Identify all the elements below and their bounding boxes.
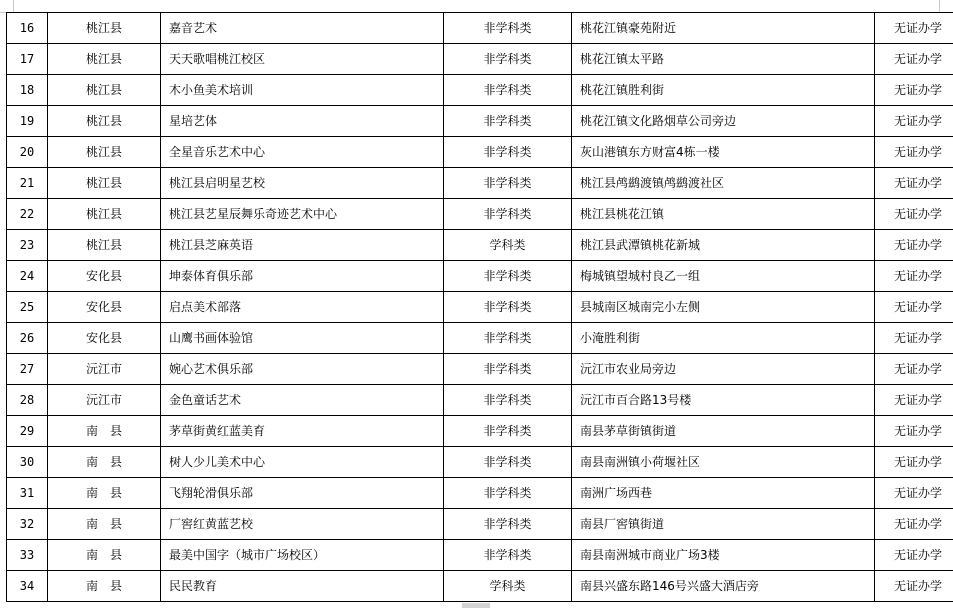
- category-cell: 非学科类: [444, 540, 572, 571]
- row-number-cell: 16: [7, 13, 48, 44]
- issue-status-cell: 无证办学: [875, 416, 953, 447]
- county-cell: 安化县: [48, 292, 161, 323]
- issue-status-cell: 无证办学: [875, 323, 953, 354]
- table-row: 20桃江县全星音乐艺术中心非学科类灰山港镇东方财富4栋一楼无证办学: [7, 137, 953, 168]
- issue-status-cell: 无证办学: [875, 230, 953, 261]
- institution-name-cell: 厂窖红黄蓝艺校: [161, 509, 444, 540]
- category-cell: 非学科类: [444, 168, 572, 199]
- county-cell: 桃江县: [48, 13, 161, 44]
- table-row: 21桃江县桃江县启明星艺校非学科类桃江县鸬鹚渡镇鸬鹚渡社区无证办学: [7, 168, 953, 199]
- county-cell: 南 县: [48, 509, 161, 540]
- institution-name-cell: 启点美术部落: [161, 292, 444, 323]
- row-number-cell: 25: [7, 292, 48, 323]
- address-cell: 沅江市百合路13号楼: [572, 385, 875, 416]
- table-row: 31南 县飞翔轮滑俱乐部非学科类南洲广场西巷无证办学: [7, 478, 953, 509]
- address-cell: 桃花江镇太平路: [572, 44, 875, 75]
- institution-name-cell: 民民教育: [161, 571, 444, 602]
- institution-name-cell: 树人少儿美术中心: [161, 447, 444, 478]
- category-cell: 非学科类: [444, 292, 572, 323]
- county-cell: 桃江县: [48, 106, 161, 137]
- row-number-cell: 24: [7, 261, 48, 292]
- table-row: 25安化县启点美术部落非学科类县城南区城南完小左侧无证办学: [7, 292, 953, 323]
- institution-name-cell: 星培艺体: [161, 106, 444, 137]
- table-row: 19桃江县星培艺体非学科类桃花江镇文化路烟草公司旁边无证办学: [7, 106, 953, 137]
- category-cell: 非学科类: [444, 354, 572, 385]
- institution-name-cell: 桃江县艺星辰舞乐奇迹艺术中心: [161, 199, 444, 230]
- county-cell: 桃江县: [48, 44, 161, 75]
- county-cell: 安化县: [48, 261, 161, 292]
- county-cell: 南 县: [48, 416, 161, 447]
- table-row: 34南 县民民教育学科类南县兴盛东路146号兴盛大酒店旁无证办学: [7, 571, 953, 602]
- table-row: 33南 县最美中国字（城市广场校区）非学科类南县南洲城市商业广场3楼无证办学: [7, 540, 953, 571]
- table-row: 16桃江县嘉音艺术非学科类桃花江镇豪苑附近无证办学: [7, 13, 953, 44]
- category-cell: 非学科类: [444, 416, 572, 447]
- address-cell: 南县厂窖镇街道: [572, 509, 875, 540]
- page-scroll-indicator[interactable]: [462, 603, 490, 608]
- county-cell: 桃江县: [48, 137, 161, 168]
- address-cell: 桃花江镇豪苑附近: [572, 13, 875, 44]
- address-cell: 桃江县鸬鹚渡镇鸬鹚渡社区: [572, 168, 875, 199]
- table-row: 18桃江县木小鱼美术培训非学科类桃花江镇胜利街无证办学: [7, 75, 953, 106]
- category-cell: 非学科类: [444, 261, 572, 292]
- table-row: 29南 县茅草街黄红蓝美育非学科类南县茅草街镇街道无证办学: [7, 416, 953, 447]
- issue-status-cell: 无证办学: [875, 292, 953, 323]
- issue-status-cell: 无证办学: [875, 137, 953, 168]
- category-cell: 学科类: [444, 230, 572, 261]
- county-cell: 南 县: [48, 478, 161, 509]
- row-number-cell: 28: [7, 385, 48, 416]
- row-number-cell: 27: [7, 354, 48, 385]
- issue-status-cell: 无证办学: [875, 168, 953, 199]
- address-cell: 南县南洲城市商业广场3楼: [572, 540, 875, 571]
- category-cell: 非学科类: [444, 106, 572, 137]
- institution-name-cell: 全星音乐艺术中心: [161, 137, 444, 168]
- row-number-cell: 17: [7, 44, 48, 75]
- address-cell: 桃花江镇胜利街: [572, 75, 875, 106]
- row-number-cell: 19: [7, 106, 48, 137]
- table-row: 22桃江县桃江县艺星辰舞乐奇迹艺术中心非学科类桃江县桃花江镇无证办学: [7, 199, 953, 230]
- institution-name-cell: 山鹰书画体验馆: [161, 323, 444, 354]
- table-row: 17桃江县天天歌唱桃江校区非学科类桃花江镇太平路无证办学: [7, 44, 953, 75]
- table-row: 26安化县山鹰书画体验馆非学科类小淹胜利街无证办学: [7, 323, 953, 354]
- table-row: 32南 县厂窖红黄蓝艺校非学科类南县厂窖镇街道无证办学: [7, 509, 953, 540]
- category-cell: 学科类: [444, 571, 572, 602]
- row-number-cell: 33: [7, 540, 48, 571]
- institution-name-cell: 茅草街黄红蓝美育: [161, 416, 444, 447]
- row-number-cell: 26: [7, 323, 48, 354]
- issue-status-cell: 无证办学: [875, 261, 953, 292]
- table-row: 24安化县坤泰体育俱乐部非学科类梅城镇望城村良乙一组无证办学: [7, 261, 953, 292]
- county-cell: 桃江县: [48, 168, 161, 199]
- row-number-cell: 34: [7, 571, 48, 602]
- unlicensed-institutions-table: 16桃江县嘉音艺术非学科类桃花江镇豪苑附近无证办学17桃江县天天歌唱桃江校区非学…: [6, 12, 953, 602]
- issue-status-cell: 无证办学: [875, 354, 953, 385]
- address-cell: 灰山港镇东方财富4栋一楼: [572, 137, 875, 168]
- county-cell: 安化县: [48, 323, 161, 354]
- county-cell: 南 县: [48, 571, 161, 602]
- county-cell: 南 县: [48, 540, 161, 571]
- issue-status-cell: 无证办学: [875, 478, 953, 509]
- category-cell: 非学科类: [444, 323, 572, 354]
- table-row: 23桃江县桃江县芝麻英语学科类桃江县武潭镇桃花新城无证办学: [7, 230, 953, 261]
- address-cell: 梅城镇望城村良乙一组: [572, 261, 875, 292]
- row-number-cell: 18: [7, 75, 48, 106]
- row-number-cell: 29: [7, 416, 48, 447]
- address-cell: 小淹胜利街: [572, 323, 875, 354]
- county-cell: 桃江县: [48, 230, 161, 261]
- issue-status-cell: 无证办学: [875, 106, 953, 137]
- table-row: 30南 县树人少儿美术中心非学科类南县南洲镇小荷堰社区无证办学: [7, 447, 953, 478]
- institution-name-cell: 飞翔轮滑俱乐部: [161, 478, 444, 509]
- row-number-cell: 22: [7, 199, 48, 230]
- category-cell: 非学科类: [444, 447, 572, 478]
- issue-status-cell: 无证办学: [875, 385, 953, 416]
- address-cell: 县城南区城南完小左侧: [572, 292, 875, 323]
- issue-status-cell: 无证办学: [875, 75, 953, 106]
- category-cell: 非学科类: [444, 509, 572, 540]
- county-cell: 桃江县: [48, 75, 161, 106]
- institution-name-cell: 桃江县启明星艺校: [161, 168, 444, 199]
- category-cell: 非学科类: [444, 385, 572, 416]
- table-row: 27沅江市婉心艺术俱乐部非学科类沅江市农业局旁边无证办学: [7, 354, 953, 385]
- address-cell: 沅江市农业局旁边: [572, 354, 875, 385]
- row-number-cell: 30: [7, 447, 48, 478]
- address-cell: 桃江县桃花江镇: [572, 199, 875, 230]
- category-cell: 非学科类: [444, 44, 572, 75]
- address-cell: 南洲广场西巷: [572, 478, 875, 509]
- issue-status-cell: 无证办学: [875, 571, 953, 602]
- row-number-cell: 20: [7, 137, 48, 168]
- issue-status-cell: 无证办学: [875, 447, 953, 478]
- category-cell: 非学科类: [444, 199, 572, 230]
- address-cell: 桃花江镇文化路烟草公司旁边: [572, 106, 875, 137]
- institution-name-cell: 桃江县芝麻英语: [161, 230, 444, 261]
- county-cell: 沅江市: [48, 385, 161, 416]
- address-cell: 南县茅草街镇街道: [572, 416, 875, 447]
- county-cell: 南 县: [48, 447, 161, 478]
- institution-name-cell: 婉心艺术俱乐部: [161, 354, 444, 385]
- county-cell: 桃江县: [48, 199, 161, 230]
- issue-status-cell: 无证办学: [875, 509, 953, 540]
- address-cell: 桃江县武潭镇桃花新城: [572, 230, 875, 261]
- table-row: 28沅江市金色童话艺术非学科类沅江市百合路13号楼无证办学: [7, 385, 953, 416]
- issue-status-cell: 无证办学: [875, 199, 953, 230]
- address-cell: 南县南洲镇小荷堰社区: [572, 447, 875, 478]
- address-cell: 南县兴盛东路146号兴盛大酒店旁: [572, 571, 875, 602]
- row-number-cell: 23: [7, 230, 48, 261]
- issue-status-cell: 无证办学: [875, 44, 953, 75]
- institution-name-cell: 木小鱼美术培训: [161, 75, 444, 106]
- county-cell: 沅江市: [48, 354, 161, 385]
- row-number-cell: 31: [7, 478, 48, 509]
- category-cell: 非学科类: [444, 137, 572, 168]
- row-number-cell: 21: [7, 168, 48, 199]
- institution-name-cell: 嘉音艺术: [161, 13, 444, 44]
- institution-name-cell: 金色童话艺术: [161, 385, 444, 416]
- issue-status-cell: 无证办学: [875, 13, 953, 44]
- institution-name-cell: 坤泰体育俱乐部: [161, 261, 444, 292]
- category-cell: 非学科类: [444, 478, 572, 509]
- category-cell: 非学科类: [444, 75, 572, 106]
- institution-name-cell: 最美中国字（城市广场校区）: [161, 540, 444, 571]
- row-number-cell: 32: [7, 509, 48, 540]
- table-body: 16桃江县嘉音艺术非学科类桃花江镇豪苑附近无证办学17桃江县天天歌唱桃江校区非学…: [7, 13, 953, 602]
- institution-name-cell: 天天歌唱桃江校区: [161, 44, 444, 75]
- category-cell: 非学科类: [444, 13, 572, 44]
- issue-status-cell: 无证办学: [875, 540, 953, 571]
